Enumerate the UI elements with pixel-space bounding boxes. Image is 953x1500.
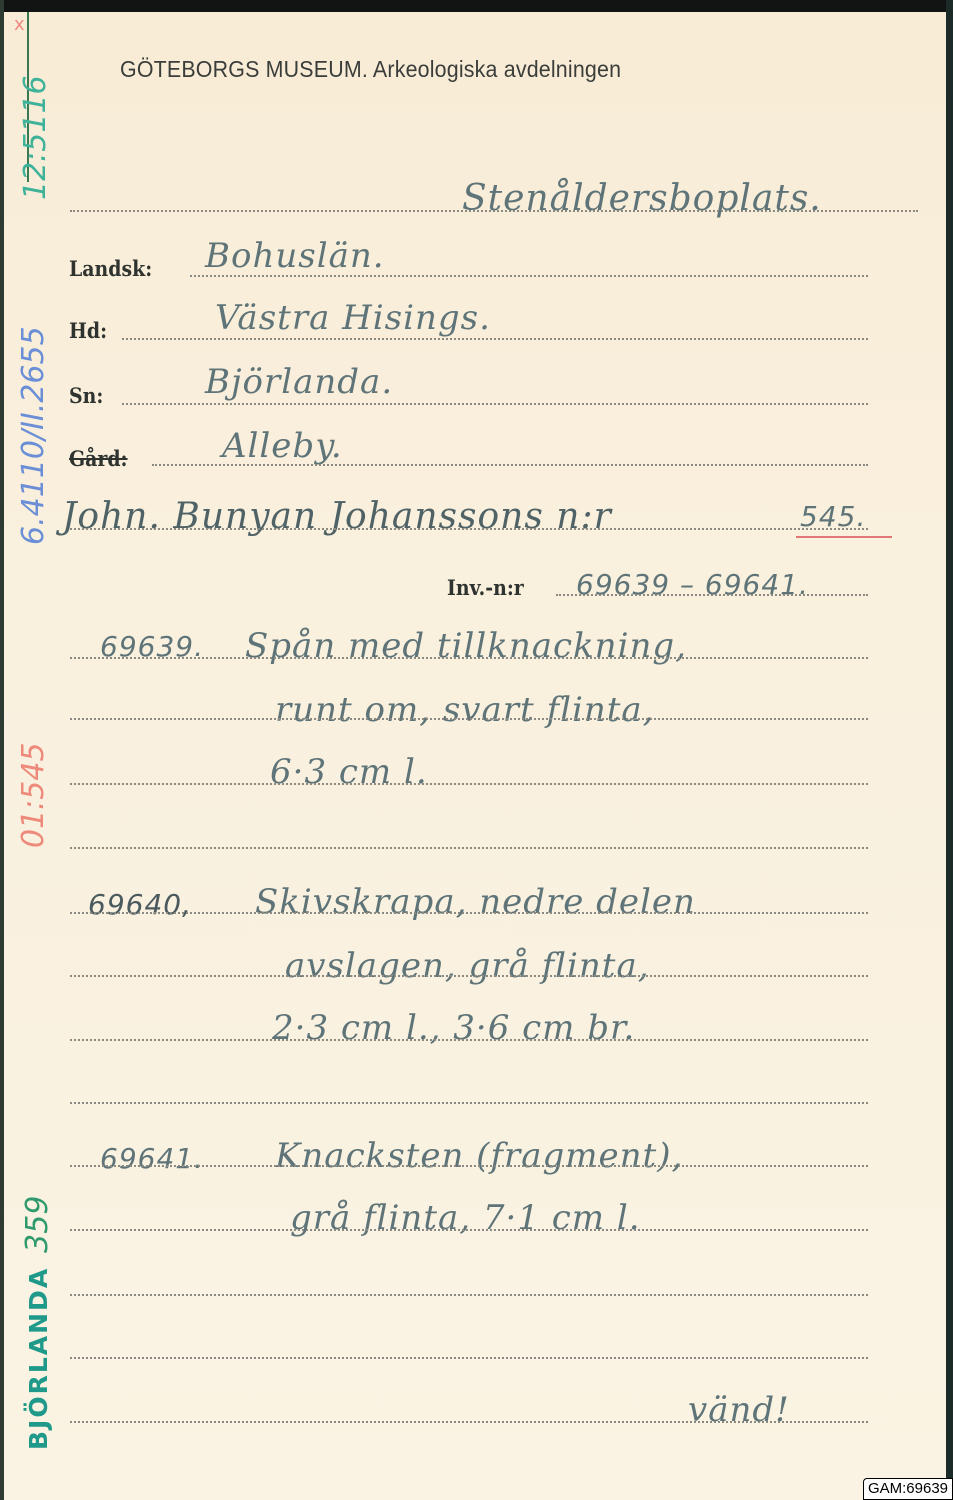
site-type: Stenåldersboplats.: [462, 178, 822, 219]
entry-line: avslagen, grå flinta,: [285, 946, 650, 986]
dotted-line: [70, 1039, 868, 1041]
entry-number: 69641.: [100, 1142, 204, 1175]
label-sn: Sn:: [69, 383, 103, 408]
label-landsk: Landsk:: [69, 256, 152, 281]
dotted-line: [122, 403, 868, 405]
entry-number: 69640,: [88, 888, 192, 921]
dotted-line: [70, 783, 868, 785]
entry-line: grå flinta, 7·1 cm l.: [290, 1198, 641, 1238]
value-landsk: Bohuslän.: [205, 236, 385, 276]
dotted-line: [190, 275, 868, 277]
value-gard: Alleby.: [222, 426, 343, 466]
value-hd: Västra Hisings.: [215, 298, 491, 338]
entry-line: Spån med tillknackning,: [245, 626, 687, 666]
dotted-line: [70, 912, 868, 914]
corner-mark: x: [14, 14, 25, 35]
entry-line: 2·3 cm l., 3·6 cm br.: [272, 1008, 635, 1048]
stamp-number: 359: [20, 1196, 55, 1253]
value-inv: 69639 – 69641.: [576, 568, 809, 601]
turn-over-note: vänd!: [688, 1390, 790, 1430]
dotted-line: [122, 338, 868, 340]
value-sn: Björlanda.: [205, 362, 393, 402]
institution-header: GÖTEBORGS MUSEUM. Arkeologiska avdelning…: [120, 56, 621, 83]
scan-top-edge: [0, 0, 953, 12]
dotted-line: [70, 847, 868, 849]
scan-right-edge: [946, 0, 953, 1500]
dotted-line: [70, 528, 868, 530]
entry-line: Knacksten (fragment),: [275, 1136, 683, 1176]
dotted-line: [70, 1421, 868, 1423]
dotted-line: [70, 1229, 868, 1231]
dotted-line: [70, 1357, 868, 1359]
margin-red-note: 01:545: [16, 742, 51, 848]
entry-line: 6·3 cm l.: [270, 752, 428, 792]
label-gard: Gård:: [69, 446, 128, 471]
dotted-line: [70, 1165, 868, 1167]
entry-line: Skivskrapa, nedre delen: [255, 882, 696, 922]
stamp-parish: BJÖRLANDA: [24, 1267, 53, 1450]
owner-line: John. Bunyan Johanssons n:r: [62, 496, 612, 537]
red-underline: [796, 536, 892, 538]
dotted-line: [70, 975, 868, 977]
label-inv: Inv.-n:r: [447, 575, 524, 600]
catalog-card: [4, 12, 946, 1500]
entry-line: runt om, svart flinta,: [275, 690, 654, 730]
label-hd: Hd:: [69, 318, 107, 343]
dotted-line: [70, 1294, 868, 1296]
dotted-line: [70, 1102, 868, 1104]
parish-stamp: BJÖRLANDA359: [20, 1196, 55, 1450]
dotted-line: [70, 718, 868, 720]
dotted-line: [70, 657, 868, 659]
dotted-line: [70, 210, 918, 212]
dotted-line: [152, 464, 868, 466]
dotted-line: [556, 594, 868, 596]
margin-green-note: 12:5116: [18, 75, 53, 200]
margin-blue-note: 6.4110/II.2655: [16, 326, 51, 545]
archive-id-badge: GAM:69639: [863, 1478, 953, 1500]
